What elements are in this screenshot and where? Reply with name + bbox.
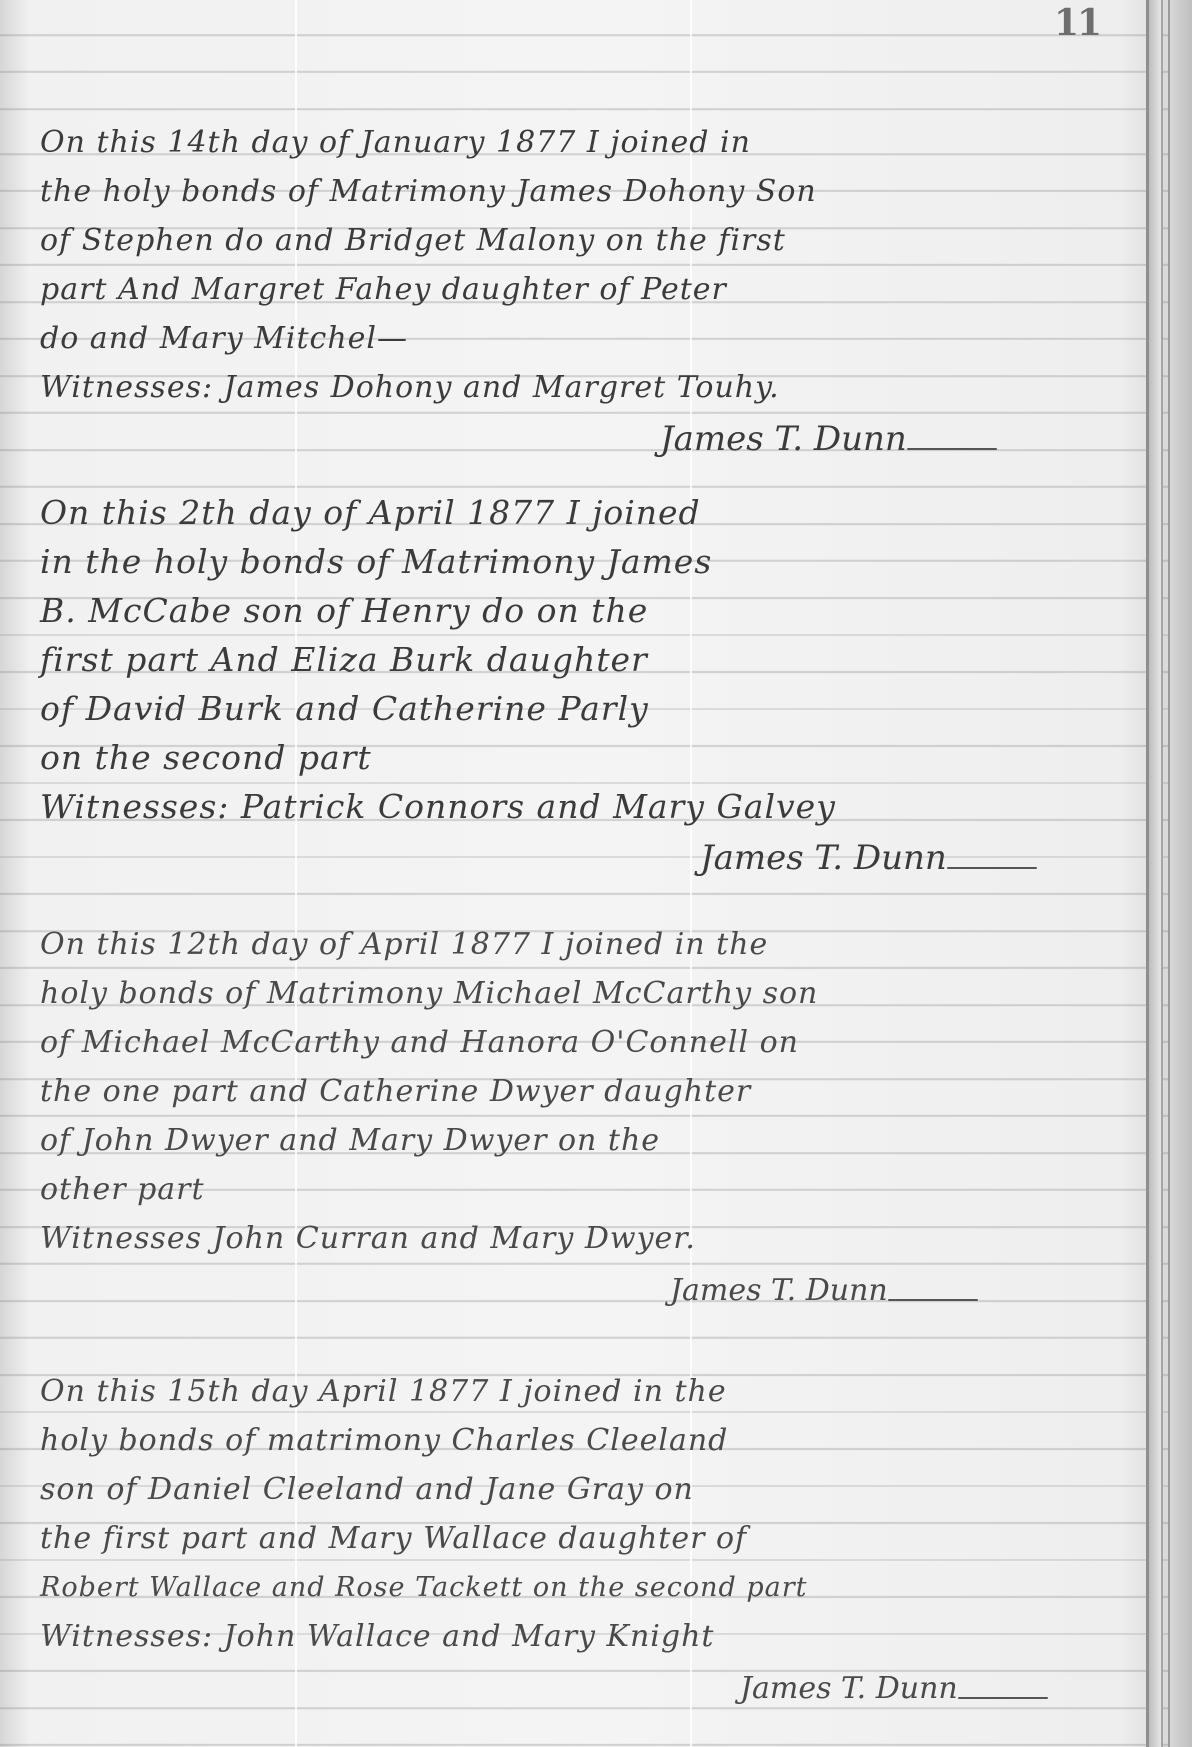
entry-line: in the holy bonds of Matrimony James (40, 537, 1130, 586)
book-spine-shadow (1168, 0, 1192, 1747)
officiant-signature: James T. Dunn (40, 831, 1130, 886)
entry-line: holy bonds of Matrimony Michael McCarthy… (40, 969, 1130, 1018)
entry-line: do and Mary Mitchel— (40, 314, 1130, 363)
page-number: 11 (1054, 2, 1100, 44)
marriage-entry-1: On this 14th day of January 1877 I joine… (40, 118, 1130, 467)
entry-line: holy bonds of matrimony Charles Cleeland (40, 1416, 1130, 1465)
entry-line: On this 12th day of April 1877 I joined … (40, 920, 1130, 969)
entry-line: On this 14th day of January 1877 I joine… (40, 118, 1130, 167)
entry-line: of Michael McCarthy and Hanora O'Connell… (40, 1018, 1130, 1067)
entry-line: of John Dwyer and Mary Dwyer on the (40, 1116, 1130, 1165)
officiant-signature: James T. Dunn (40, 412, 1130, 467)
entry-line: other part (40, 1165, 1130, 1214)
entry-line: son of Daniel Cleeland and Jane Gray on (40, 1465, 1130, 1514)
entry-line: the one part and Catherine Dwyer daughte… (40, 1067, 1130, 1116)
entry-line: the first part and Mary Wallace daughter… (40, 1514, 1130, 1563)
witnesses-line: Witnesses John Curran and Mary Dwyer. (40, 1214, 1130, 1263)
entry-line: B. McCabe son of Henry do on the (40, 586, 1130, 635)
officiant-signature: James T. Dunn (40, 1263, 1130, 1318)
book-binding-edge (1146, 0, 1163, 1747)
marriage-entry-2: On this 2th day of April 1877 I joined i… (40, 488, 1130, 886)
entry-line: first part And Eliza Burk daughter (40, 635, 1130, 684)
entry-line: On this 2th day of April 1877 I joined (40, 488, 1130, 537)
marriage-entry-3: On this 12th day of April 1877 I joined … (40, 920, 1130, 1318)
marriage-entry-4: On this 15th day April 1877 I joined in … (40, 1367, 1130, 1716)
officiant-signature: James T. Dunn (40, 1661, 1130, 1716)
entry-line: part And Margret Fahey daughter of Peter (40, 265, 1130, 314)
witnesses-line: Witnesses: Patrick Connors and Mary Galv… (40, 782, 1130, 831)
witnesses-line: Witnesses: James Dohony and Margret Touh… (40, 363, 1130, 412)
entry-line: of David Burk and Catherine Parly (40, 684, 1130, 733)
entry-line: On this 15th day April 1877 I joined in … (40, 1367, 1130, 1416)
entry-line: Robert Wallace and Rose Tackett on the s… (40, 1563, 1130, 1612)
entry-line: the holy bonds of Matrimony James Dohony… (40, 167, 1130, 216)
entry-line: on the second part (40, 733, 1130, 782)
witnesses-line: Witnesses: John Wallace and Mary Knight (40, 1612, 1130, 1661)
register-page: 11 On this 14th day of January 1877 I jo… (0, 0, 1192, 1747)
entry-line: of Stephen do and Bridget Malony on the … (40, 216, 1130, 265)
